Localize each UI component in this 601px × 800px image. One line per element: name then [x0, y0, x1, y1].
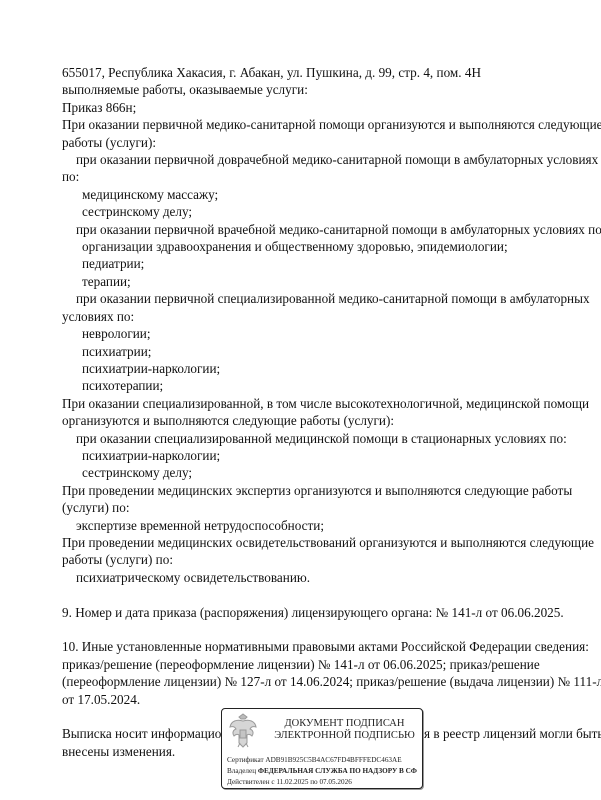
text-line: неврологии; — [62, 325, 592, 342]
text-line: экспертизе временной нетрудоспособности; — [62, 517, 592, 534]
text-line: При оказании первичной медико-санитарной… — [62, 116, 592, 133]
text-line: при оказании первичной специализированно… — [62, 290, 592, 307]
text-line: при оказании первичной доврачебной медик… — [62, 151, 592, 168]
text-line: приказ/решение (переоформление лицензии)… — [62, 656, 592, 673]
text-line: Приказ 866н; — [62, 99, 592, 116]
text-line: психиатрическому освидетельствованию. — [62, 569, 592, 586]
text-line: психиатрии-наркологии; — [62, 447, 592, 464]
text-line: При проведении медицинских экспертиз орг… — [62, 482, 592, 499]
owner-value: ФЕДЕРАЛЬНАЯ СЛУЖБА ПО НАДЗОРУ В СФ — [258, 767, 417, 775]
stamp-title: ДОКУМЕНТ ПОДПИСАН ЭЛЕКТРОННОЙ ПОДПИСЬЮ — [272, 718, 417, 742]
owner-label: Владелец — [227, 767, 256, 775]
owner-row: Владелец ФЕДЕРАЛЬНАЯ СЛУЖБА ПО НАДЗОРУ В… — [227, 767, 417, 776]
text-line: работы (услуги): — [62, 134, 592, 151]
text-line: При оказании специализированной, в том ч… — [62, 395, 592, 412]
certificate-value: ADB91B925C5B4AC67FD4BFFFEDC463AE — [265, 756, 401, 764]
text-line: медицинскому массажу; — [62, 186, 592, 203]
text-line: психиатрии; — [62, 343, 592, 360]
text-line: терапии; — [62, 273, 592, 290]
validity-period: Действителен с 11.02.2025 по 07.05.2026 — [227, 778, 352, 787]
coat-of-arms-icon — [228, 713, 258, 749]
text-line: сестринскому делу; — [62, 203, 592, 220]
text-line: сестринскому делу; — [62, 464, 592, 481]
text-line: психиатрии-наркологии; — [62, 360, 592, 377]
text-line: организуются и выполняются следующие раб… — [62, 412, 592, 429]
electronic-signature-stamp: ДОКУМЕНТ ПОДПИСАН ЭЛЕКТРОННОЙ ПОДПИСЬЮ С… — [221, 708, 423, 789]
document-body: 655017, Республика Хакасия, г. Абакан, у… — [62, 64, 592, 760]
text-line: (переоформление лицензии) № 127-л от 14.… — [62, 673, 592, 690]
text-line: по: — [62, 168, 592, 185]
text-line: условиях по: — [62, 308, 592, 325]
text-line: при оказании первичной врачебной медико-… — [62, 221, 592, 238]
stamp-title-line2: ЭЛЕКТРОННОЙ ПОДПИСЬЮ — [272, 730, 417, 742]
text-line: При проведении медицинских освидетельств… — [62, 534, 592, 551]
text-line: 655017, Республика Хакасия, г. Абакан, у… — [62, 64, 592, 81]
text-line: от 17.05.2024. — [62, 691, 592, 708]
text-line: педиатрии; — [62, 255, 592, 272]
text-line: работы (услуги) по: — [62, 551, 592, 568]
text-line: организации здравоохранения и общественн… — [62, 238, 592, 255]
certificate-row: Сертификат ADB91B925C5B4AC67FD4BFFFEDC46… — [227, 756, 402, 765]
stamp-title-line1: ДОКУМЕНТ ПОДПИСАН — [272, 718, 417, 730]
text-line: (услуги) по: — [62, 499, 592, 516]
text-line: 10. Иные установленные нормативными прав… — [62, 638, 592, 655]
certificate-label: Сертификат — [227, 756, 264, 764]
blank-line — [62, 586, 592, 603]
document-page: 655017, Республика Хакасия, г. Абакан, у… — [0, 0, 601, 800]
text-line: 9. Номер и дата приказа (распоряжения) л… — [62, 604, 592, 621]
blank-line — [62, 621, 592, 638]
text-line: выполняемые работы, оказываемые услуги: — [62, 81, 592, 98]
text-line: психотерапии; — [62, 377, 592, 394]
text-line: при оказании специализированной медицинс… — [62, 430, 592, 447]
